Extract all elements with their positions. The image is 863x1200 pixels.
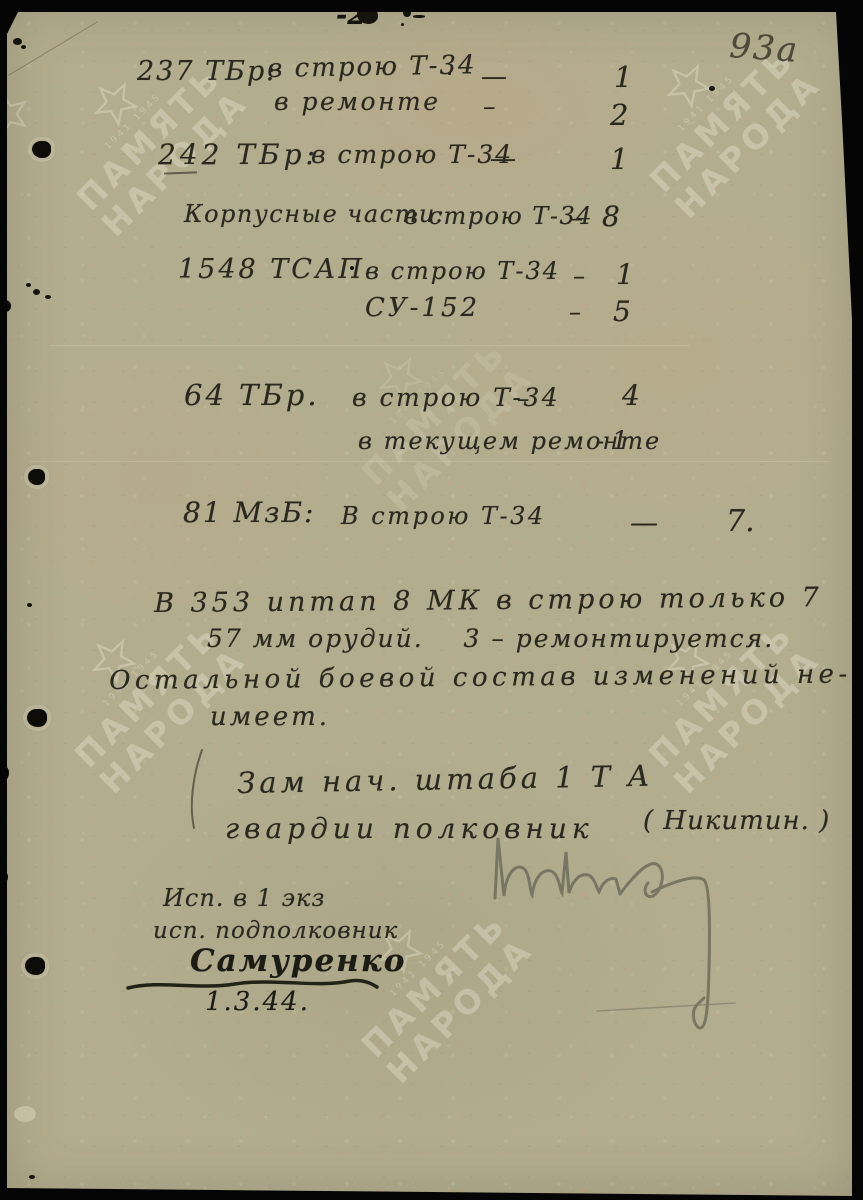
underline-mark (164, 171, 197, 174)
stray-pen-stroke (185, 745, 215, 840)
report-date: 1.3.44. (205, 987, 310, 1017)
paper-sheet: 1941 1945 ПАМЯТЬ НАРОДА 1941 1945 ПАМЯТЬ… (0, 0, 863, 1200)
strength-value: 1 (610, 142, 628, 176)
strength-value: 4 (622, 379, 640, 412)
strength-value: 5 (613, 295, 631, 328)
punch-hole (32, 141, 51, 158)
edge-notch (0, 300, 11, 312)
ink-blot (29, 1175, 35, 1179)
dash-stroke: — (630, 506, 658, 539)
note-line: 57 мм орудий. 3 – ремонтируется. (207, 624, 774, 653)
ink-blot (13, 38, 22, 45)
strength-value: 1 (616, 258, 634, 291)
dash-stroke: — (490, 144, 516, 174)
strength-label: В строю Т-34 (341, 502, 546, 530)
watermark-star-icon (0, 86, 35, 140)
punch-hole (26, 283, 31, 287)
strength-value: 1 (614, 60, 632, 94)
dash-stroke: – (573, 262, 585, 290)
punch-hole (45, 295, 51, 299)
punch-hole (28, 469, 45, 485)
watermark-star-icon (656, 53, 720, 117)
ink-blot (27, 603, 32, 607)
executor-note: Исп. в 1 экз (163, 884, 325, 912)
ink-blot (413, 15, 425, 18)
ink-blot (21, 45, 26, 49)
strength-label: в строю Т-34 (404, 202, 593, 230)
dash-stroke: — (481, 62, 507, 92)
strength-value: 1 (612, 426, 628, 455)
crease-line (50, 345, 690, 346)
unit-designation: 237 ТБр: (137, 56, 277, 87)
dash-stroke: – (571, 204, 583, 232)
unit-designation: 81 МзБ: (183, 496, 315, 529)
dash-stroke: – (483, 92, 496, 121)
unit-designation: 64 ТБр. (184, 378, 320, 412)
executor-rank: исп. подполковник (153, 918, 398, 944)
dash-stroke: – (517, 384, 530, 413)
strength-value: 2 (610, 98, 628, 132)
strength-value: 8 (602, 200, 620, 233)
edge-notch (0, 871, 8, 883)
edge-notch (0, 766, 9, 780)
note-line: В 353 иптап 8 МК в строю только 7 (154, 582, 823, 619)
strength-label: в ремонте (274, 87, 441, 116)
note-line: имеет. (210, 702, 330, 732)
punch-hole (25, 957, 45, 975)
scanned-document: 1941 1945 ПАМЯТЬ НАРОДА 1941 1945 ПАМЯТЬ… (0, 0, 863, 1200)
crease-line (30, 461, 830, 462)
ink-blot (709, 86, 715, 91)
note-line: Остальной боевой состав изменений не- (109, 660, 852, 696)
watermark-title: НАРОДА (654, 51, 842, 239)
strength-label: СУ-152 (365, 293, 480, 323)
signature-title: Зам нач. штаба 1 Т А (237, 759, 654, 800)
strength-label: в строю Т-34 (311, 140, 513, 169)
strength-label: в строю Т-34 (267, 50, 477, 84)
punch-hole (27, 709, 47, 727)
watermark-title: НАРОДА (653, 626, 841, 814)
unit-designation: 1548 ТСАП (178, 254, 365, 285)
paper-dent (14, 1106, 36, 1122)
strength-label: в строю Т-34 (365, 257, 560, 285)
watermark-title: ПАМЯТЬ (341, 319, 529, 507)
watermark: 1941 1945 ПАМЯТЬ НАРОДА (591, 0, 863, 270)
punch-hole (33, 289, 40, 295)
ink-blot (401, 23, 404, 26)
signature-scrawl (480, 830, 750, 1045)
dash-stroke: - (596, 427, 604, 455)
unit-designation: 242 ТБр: (158, 138, 319, 171)
folio-number: 93а (728, 26, 800, 71)
dash-stroke: – (569, 298, 581, 326)
strength-value: 7. (726, 504, 755, 539)
page-number: -2- (336, 0, 377, 31)
ink-blot (403, 9, 411, 17)
